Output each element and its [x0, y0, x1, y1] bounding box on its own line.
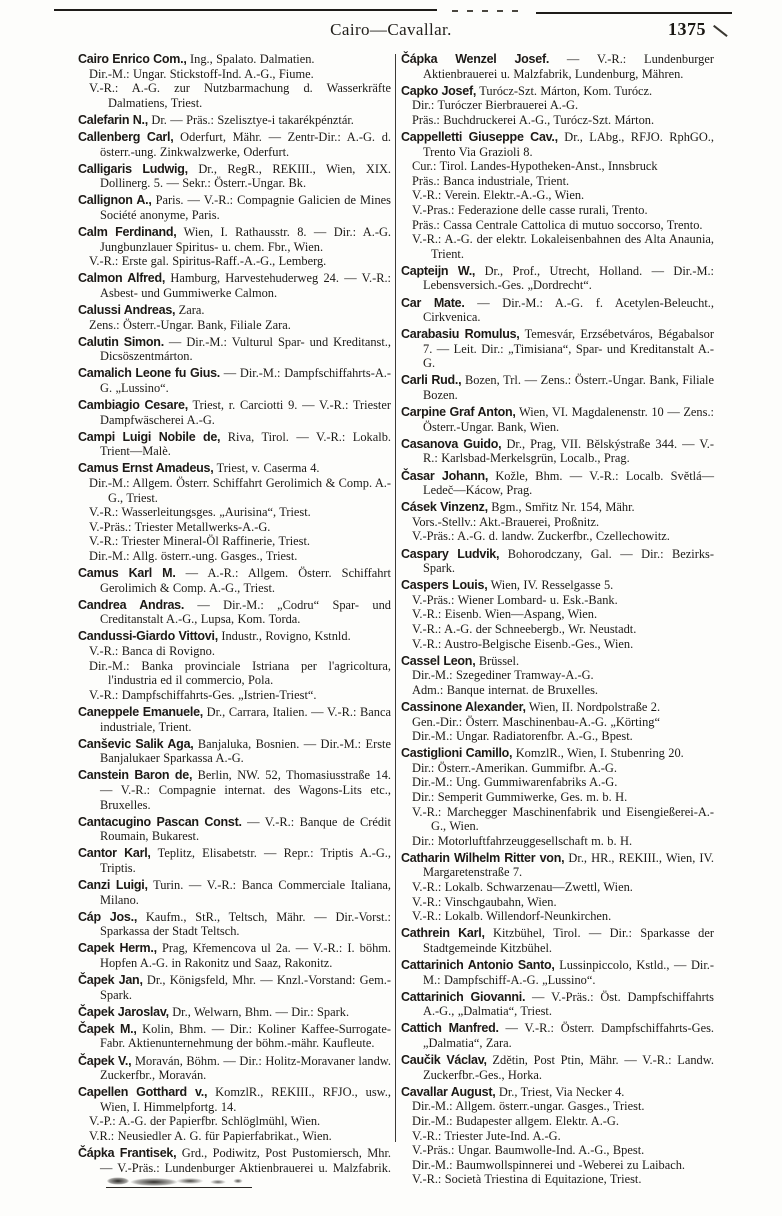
- directory-entry: Canstein Baron de, Berlin, NW. 52, Thoma…: [78, 768, 391, 812]
- entry-head: Cantacugino Pascan Const. — V.-R.: Banqu…: [78, 815, 391, 844]
- entry-mandate-line: Dir.-M.: Budapester allgem. Elektr. A.-G…: [401, 1114, 714, 1129]
- directory-entry: Castiglioni Camillo, KomzlR., Wien, I. S…: [401, 746, 714, 848]
- entry-head: Cantor Karl, Teplitz, Elisabetstr. — Rep…: [78, 846, 391, 875]
- entry-mandate-line: V.-R.: Banca di Rovigno.: [78, 644, 391, 659]
- entry-mandate-line: Dir.: Semperit Gummiwerke, Ges. m. b. H.: [401, 790, 714, 805]
- entry-mandate-line: Zens.: Österr.-Ungar. Bank, Filiale Zara…: [78, 318, 391, 333]
- entry-name: Cassinone Alexander,: [401, 700, 526, 714]
- entry-head: Časar Johann, Kožle, Bhm. — V.-R.: Local…: [401, 469, 714, 498]
- entry-head: Candussi-Giardo Vittovi, Industr., Rovig…: [78, 629, 391, 644]
- directory-entry: Caspers Louis, Wien, IV. Resselgasse 5.V…: [401, 578, 714, 651]
- entry-head: Camalich Leone fu Gius. — Dir.-M.: Dampf…: [78, 366, 391, 395]
- entry-head: Canševic Salik Aga, Banjaluka, Bosnien. …: [78, 737, 391, 766]
- directory-entry: Calm Ferdinand, Wien, I. Rathausstr. 8. …: [78, 225, 391, 269]
- entry-mandate-line: V.-R.: Wasserleitungsges. „Aurisina“, Tr…: [78, 505, 391, 520]
- entry-name: Callignon A.,: [78, 193, 152, 207]
- entry-mandate-line: Dir.-M.: Allg. österr.-ung. Gasges., Tri…: [78, 549, 391, 564]
- entry-head: Capko Josef, Turócz-Szt. Márton, Kom. Tu…: [401, 84, 714, 99]
- entry-mandate-line: V.-R.: Dampfschiffahrts-Ges. „Istrien-Tr…: [78, 688, 391, 703]
- entry-name: Casanova Guido,: [401, 437, 501, 451]
- entry-name: Čapek M.,: [78, 1022, 137, 1036]
- entry-name: Candrea Andras.: [78, 598, 184, 612]
- entry-head: Cattarinich Antonio Santo, Lussinpiccolo…: [401, 958, 714, 987]
- entry-name: Cambiagio Cesare,: [78, 398, 188, 412]
- entry-name: Cavallar August,: [401, 1085, 495, 1099]
- entry-head: Calutin Simon. — Dir.-M.: Vulturul Spar-…: [78, 335, 391, 364]
- entry-mandate-line: V.-R.: A.-G. zur Nutzbarmachung d. Wasse…: [78, 81, 391, 110]
- page-number: 1375: [668, 19, 706, 40]
- directory-entry: Callignon A., Paris. — V.-R.: Compagnie …: [78, 193, 391, 222]
- entry-mandate-line: Dir.-M.: Szegediner Tramway-A.-G.: [401, 668, 714, 683]
- entry-head: Canzi Luigi, Turin. — V.-R.: Banca Comme…: [78, 878, 391, 907]
- directory-entry: Cantor Karl, Teplitz, Elisabetstr. — Rep…: [78, 846, 391, 875]
- entry-name: Cassel Leon,: [401, 654, 475, 668]
- entry-head: Calm Ferdinand, Wien, I. Rathausstr. 8. …: [78, 225, 391, 254]
- entry-name: Calmon Alfred,: [78, 271, 165, 285]
- entry-mandate-line: V.-R.: Società Triestina di Equitazione,…: [401, 1172, 714, 1187]
- entry-head: Caneppele Emanuele, Dr., Carrara, Italie…: [78, 705, 391, 734]
- entry-mandate-line: V.R.: Neusiedler A. G. für Papierfabrika…: [78, 1129, 391, 1144]
- directory-entry: Časar Johann, Kožle, Bhm. — V.-R.: Local…: [401, 469, 714, 498]
- entry-mandate-line: Dir.-M.: Baumwollspinnerei und -Weberei …: [401, 1158, 714, 1173]
- directory-entry: Cassinone Alexander, Wien, II. Nordpolst…: [401, 700, 714, 744]
- entry-head: Capek Herm., Prag, Křemencova ul 2a. — V…: [78, 941, 391, 970]
- entry-name: Čápka Wenzel Josef.: [401, 52, 549, 66]
- entry-name: Caneppele Emanuele,: [78, 705, 203, 719]
- entry-head: Čapek Jaroslav, Dr., Welwarn, Bhm. — Dir…: [78, 1005, 391, 1020]
- directory-entry: Cambiagio Cesare, Triest, r. Carciotti 9…: [78, 398, 391, 427]
- entry-mandate-line: V.-Präs.: Wiener Lombard- u. Esk.-Bank.: [401, 593, 714, 608]
- directory-entry: Cattarinich Antonio Santo, Lussinpiccolo…: [401, 958, 714, 987]
- directory-entry: Calefarin N., Dr. — Präs.: Szelisztye-i …: [78, 113, 391, 128]
- entry-name: Cásek Vinzenz,: [401, 500, 488, 514]
- entry-name: Camus Ernst Amadeus,: [78, 461, 213, 475]
- entry-head: Calmon Alfred, Hamburg, Harvestehuderweg…: [78, 271, 391, 300]
- entry-mandate-line: V.-R.: Vinschgaubahn, Wien.: [401, 895, 714, 910]
- entry-head: Caspers Louis, Wien, IV. Resselgasse 5.: [401, 578, 714, 593]
- directory-entry: Cáp Jos., Kaufm., StR., Teltsch, Mähr. —…: [78, 910, 391, 939]
- column-left: Cairo Enrico Com., Ing., Spalato. Dalmat…: [78, 52, 391, 1192]
- entry-name: Carli Rud.,: [401, 373, 461, 387]
- entry-mandate-line: V.-R.: Marchegger Maschinenfabrik und Ei…: [401, 805, 714, 834]
- scanned-page: Cairo—Cavallar. 1375 Cairo Enrico Com., …: [0, 0, 782, 1216]
- entry-head: Cásek Vinzenz, Bgm., Smřitz Nr. 154, Mäh…: [401, 500, 714, 515]
- directory-entry: Cappelletti Giuseppe Cav., Dr., LAbg., R…: [401, 130, 714, 261]
- directory-entry: Cathrein Karl, Kitzbühel, Tirol. — Dir.:…: [401, 926, 714, 955]
- entry-mandate-line: V.-Präs.: A.-G. d. landw. Zuckerfbr., Cz…: [401, 529, 714, 544]
- entry-head: Callenberg Carl, Oderfurt, Mähr. — Zentr…: [78, 130, 391, 159]
- entry-mandate-line: Vors.-Stellv.: Akt.-Brauerei, Proßnitz.: [401, 515, 714, 530]
- directory-entry: Calmon Alfred, Hamburg, Harvestehuderweg…: [78, 271, 391, 300]
- entry-mandate-line: Dir.-M.: Ungar. Radiatorenfbr. A.-G., Bp…: [401, 729, 714, 744]
- directory-entry: Cásek Vinzenz, Bgm., Smřitz Nr. 154, Mäh…: [401, 500, 714, 544]
- entry-head: Cáp Jos., Kaufm., StR., Teltsch, Mähr. —…: [78, 910, 391, 939]
- top-rule-dashes: [452, 10, 526, 12]
- directory-entry: Čapek Jaroslav, Dr., Welwarn, Bhm. — Dir…: [78, 1005, 391, 1020]
- entry-mandate-line: V.-R.: Eisenb. Wien—Aspang, Wien.: [401, 607, 714, 622]
- entry-mandate-line: Präs.: Buchdruckerei A.-G., Turócz-Szt. …: [401, 113, 714, 128]
- directory-entry: Callenberg Carl, Oderfurt, Mähr. — Zentr…: [78, 130, 391, 159]
- entry-mandate-line: V.-R.: Lokalb. Schwarzenau—Zwettl, Wien.: [401, 880, 714, 895]
- directory-entry: Capko Josef, Turócz-Szt. Márton, Kom. Tu…: [401, 84, 714, 128]
- entry-name: Calligaris Ludwig,: [78, 162, 188, 176]
- entry-name: Camalich Leone fu Gius.: [78, 366, 220, 380]
- entry-name: Capellen Gotthard v.,: [78, 1085, 207, 1099]
- directory-entry: Candussi-Giardo Vittovi, Industr., Rovig…: [78, 629, 391, 702]
- entry-head: Cattarinich Giovanni. — V.-Präs.: Öst. D…: [401, 990, 714, 1019]
- entry-mandate-line: V.-R.: Triester Jute-Ind. A.-G.: [401, 1129, 714, 1144]
- entry-name: Čapek Jaroslav,: [78, 1005, 169, 1019]
- entry-mandate-line: Adm.: Banque internat. de Bruxelles.: [401, 683, 714, 698]
- entry-name: Castiglioni Camillo,: [401, 746, 512, 760]
- entry-head: Caspary Ludvik, Bohorodczany, Gal. — Dir…: [401, 547, 714, 576]
- directory-entry: Calligaris Ludwig, Dr., RegR., REKIII., …: [78, 162, 391, 191]
- entry-name: Carabasiu Romulus,: [401, 327, 520, 341]
- entry-mandate-line: Dir.-M.: Allgem. österr.-ungar. Gasges.,…: [401, 1099, 714, 1114]
- entry-head: Carli Rud., Bozen, Trl. — Zens.: Österr.…: [401, 373, 714, 402]
- entry-name: Carpine Graf Anton,: [401, 405, 516, 419]
- entry-head: Capellen Gotthard v., KomzlR., REKIII., …: [78, 1085, 391, 1114]
- directory-entry: Čapek Jan, Dr., Königsfeld, Mhr. — Knzl.…: [78, 973, 391, 1002]
- entry-head: Čápka Frantisek, Grd., Podiwitz, Post Pu…: [78, 1146, 391, 1190]
- directory-entry: Caučik Václav, Zdětin, Post Ptin, Mähr. …: [401, 1053, 714, 1082]
- entry-mandate-line: Dir.-M.: Ung. Gummiwarenfabriks A.-G.: [401, 775, 714, 790]
- entry-name: Čápka Frantisek,: [78, 1146, 176, 1160]
- entry-mandate-line: V.-P.: A.-G. der Papierfbr. Schlöglmühl,…: [78, 1114, 391, 1129]
- entry-head: Cavallar August, Dr., Triest, Via Necker…: [401, 1085, 714, 1100]
- directory-entry: Camalich Leone fu Gius. — Dir.-M.: Dampf…: [78, 366, 391, 395]
- directory-entry: Caneppele Emanuele, Dr., Carrara, Italie…: [78, 705, 391, 734]
- directory-entry: Caspary Ludvik, Bohorodczany, Gal. — Dir…: [401, 547, 714, 576]
- entry-head: Cambiagio Cesare, Triest, r. Carciotti 9…: [78, 398, 391, 427]
- entry-name: Catharin Wilhelm Ritter von,: [401, 851, 564, 865]
- directory-entry: Camus Ernst Amadeus, Triest, v. Caserma …: [78, 461, 391, 563]
- entry-head: Calefarin N., Dr. — Präs.: Szelisztye-i …: [78, 113, 391, 128]
- directory-entry: Čapek M., Kolin, Bhm. — Dir.: Koliner Ka…: [78, 1022, 391, 1051]
- directory-entry: Calussi Andreas, Zara.Zens.: Österr.-Ung…: [78, 303, 391, 332]
- ink-smudge: [106, 1176, 252, 1188]
- entry-mandate-line: V.-Präs.: Triester Metallwerks-A.-G.: [78, 520, 391, 535]
- entry-name: Cáp Jos.,: [78, 910, 137, 924]
- entry-name: Čapek Jan,: [78, 973, 143, 987]
- entry-name: Candussi-Giardo Vittovi,: [78, 629, 218, 643]
- entry-mandate-line: Dir.-M.: Ungar. Stickstoff-Ind. A.-G., F…: [78, 67, 391, 82]
- entry-mandate-line: Cur.: Tirol. Landes-Hypotheken-Anst., In…: [401, 159, 714, 174]
- directory-entry: Campi Luigi Nobile de, Riva, Tirol. — V.…: [78, 430, 391, 459]
- entry-name: Canstein Baron de,: [78, 768, 192, 782]
- entry-head: Čapek V., Moraván, Böhm. — Dir.: Holitz-…: [78, 1054, 391, 1083]
- entry-mandate-line: Präs.: Banca industriale, Trient.: [401, 174, 714, 189]
- entry-head: Catharin Wilhelm Ritter von, Dr., HR., R…: [401, 851, 714, 880]
- entry-mandate-line: V.-R.: Lokalb. Willendorf-Neunkirchen.: [401, 909, 714, 924]
- entry-mandate-line: V.-R.: Austro-Belgische Eisenb.-Ges., Wi…: [401, 637, 714, 652]
- entry-name: Cathrein Karl,: [401, 926, 485, 940]
- entry-head: Carabasiu Romulus, Temesvár, Erzsébetvár…: [401, 327, 714, 371]
- entry-mandate-line: V.-R.: A.-G. der elektr. Lokaleisenbahne…: [401, 232, 714, 261]
- entry-head: Campi Luigi Nobile de, Riva, Tirol. — V.…: [78, 430, 391, 459]
- entry-head: Camus Ernst Amadeus, Triest, v. Caserma …: [78, 461, 391, 476]
- entry-name: Caspers Louis,: [401, 578, 487, 592]
- entry-name: Campi Luigi Nobile de,: [78, 430, 220, 444]
- directory-columns: Cairo Enrico Com., Ing., Spalato. Dalmat…: [78, 52, 714, 1192]
- entry-name: Čapek V.,: [78, 1054, 131, 1068]
- entry-head: Čapek Jan, Dr., Königsfeld, Mhr. — Knzl.…: [78, 973, 391, 1002]
- entry-name: Calm Ferdinand,: [78, 225, 176, 239]
- entry-name: Cattich Manfred.: [401, 1021, 499, 1035]
- directory-entry: Candrea Andras. — Dir.-M.: „Codru“ Spar-…: [78, 598, 391, 627]
- entry-head: Canstein Baron de, Berlin, NW. 52, Thoma…: [78, 768, 391, 812]
- entry-name: Cantor Karl,: [78, 846, 151, 860]
- directory-entry: Čapek V., Moraván, Böhm. — Dir.: Holitz-…: [78, 1054, 391, 1083]
- entry-head: Cassel Leon, Brüssel.: [401, 654, 714, 669]
- entry-mandate-line: Dir.: Motorluftfahrzeuggesellschaft m. b…: [401, 834, 714, 849]
- entry-head: Casanova Guido, Dr., Prag, VII. Bělskýst…: [401, 437, 714, 466]
- entry-mandate-line: Dir.: Turóczer Bierbrauerei A.-G.: [401, 98, 714, 113]
- entry-name: Callenberg Carl,: [78, 130, 173, 144]
- entry-mandate-line: V.-R.: Triester Mineral-Öl Raffinerie, T…: [78, 534, 391, 549]
- entry-head: Cattich Manfred. — V.-R.: Österr. Dampfs…: [401, 1021, 714, 1050]
- entry-head: Car Mate. — Dir.-M.: A.-G. f. Acetylen-B…: [401, 296, 714, 325]
- directory-entry: Cattarinich Giovanni. — V.-Präs.: Öst. D…: [401, 990, 714, 1019]
- entry-head: Čápka Wenzel Josef. — V.-R.: Lundenburge…: [401, 52, 714, 81]
- entry-name: Capteijn W.,: [401, 264, 475, 278]
- entry-mandate-line: Dir.: Österr.-Amerikan. Gummifbr. A.-G.: [401, 761, 714, 776]
- page-header-title: Cairo—Cavallar.: [0, 20, 782, 40]
- directory-entry: Cairo Enrico Com., Ing., Spalato. Dalmat…: [78, 52, 391, 110]
- entry-mandate-line: Dir.-M.: Allgem. Österr. Schiffahrt Gero…: [78, 476, 391, 505]
- directory-entry: Čápka Frantisek, Grd., Podiwitz, Post Pu…: [78, 1146, 391, 1190]
- directory-entry: Camus Karl M. — A.-R.: Allgem. Österr. S…: [78, 566, 391, 595]
- entry-name: Cantacugino Pascan Const.: [78, 815, 242, 829]
- entry-head: Caučik Václav, Zdětin, Post Ptin, Mähr. …: [401, 1053, 714, 1082]
- top-rule-segment: [536, 12, 732, 14]
- top-rule-segment: [54, 9, 437, 11]
- entry-head: Cappelletti Giuseppe Cav., Dr., LAbg., R…: [401, 130, 714, 159]
- entry-mandate-line: V.-Pras.: Federazione delle casse rurali…: [401, 203, 714, 218]
- entry-head: Čapek M., Kolin, Bhm. — Dir.: Koliner Ka…: [78, 1022, 391, 1051]
- directory-entry: Canševic Salik Aga, Banjaluka, Bosnien. …: [78, 737, 391, 766]
- directory-entry: Calutin Simon. — Dir.-M.: Vulturul Spar-…: [78, 335, 391, 364]
- directory-entry: Capek Herm., Prag, Křemencova ul 2a. — V…: [78, 941, 391, 970]
- entry-head: Calligaris Ludwig, Dr., RegR., REKIII., …: [78, 162, 391, 191]
- entry-name: Car Mate.: [401, 296, 465, 310]
- directory-entry: Cattich Manfred. — V.-R.: Österr. Dampfs…: [401, 1021, 714, 1050]
- entry-head: Candrea Andras. — Dir.-M.: „Codru“ Spar-…: [78, 598, 391, 627]
- entry-head: Calussi Andreas, Zara.: [78, 303, 391, 318]
- entry-head: Carpine Graf Anton, Wien, VI. Magdalenen…: [401, 405, 714, 434]
- directory-entry: Catharin Wilhelm Ritter von, Dr., HR., R…: [401, 851, 714, 924]
- entry-name: Capek Herm.,: [78, 941, 157, 955]
- entry-mandate-line: V.-R.: Verein. Elektr.-A.-G., Wien.: [401, 188, 714, 203]
- entry-name: Canzi Luigi,: [78, 878, 148, 892]
- column-divider: [395, 54, 396, 1142]
- directory-entry: Canzi Luigi, Turin. — V.-R.: Banca Comme…: [78, 878, 391, 907]
- directory-entry: Čápka Wenzel Josef. — V.-R.: Lundenburge…: [401, 52, 714, 81]
- entry-mandate-line: Dir.-M.: Banka provinciale Istriana per …: [78, 659, 391, 688]
- directory-entry: Capellen Gotthard v., KomzlR., REKIII., …: [78, 1085, 391, 1143]
- entry-mandate-line: V.-R.: A.-G. der Schneebergb., Wr. Neust…: [401, 622, 714, 637]
- entry-name: Calefarin N.,: [78, 113, 148, 127]
- entry-head: Cassinone Alexander, Wien, II. Nordpolst…: [401, 700, 714, 715]
- entry-name: Calutin Simon.: [78, 335, 164, 349]
- entry-head: Cairo Enrico Com., Ing., Spalato. Dalmat…: [78, 52, 391, 67]
- entry-head: Cathrein Karl, Kitzbühel, Tirol. — Dir.:…: [401, 926, 714, 955]
- entry-name: Canševic Salik Aga,: [78, 737, 194, 751]
- entry-mandate-line: V.-Präs.: Ungar. Baumwolle-Ind. A.-G., B…: [401, 1143, 714, 1158]
- entry-mandate-line: Präs.: Cassa Centrale Cattolica di mutuo…: [401, 218, 714, 233]
- directory-entry: Car Mate. — Dir.-M.: A.-G. f. Acetylen-B…: [401, 296, 714, 325]
- directory-entry: Carabasiu Romulus, Temesvár, Erzsébetvár…: [401, 327, 714, 371]
- entry-name: Cairo Enrico Com.,: [78, 52, 187, 66]
- entry-name: Caspary Ludvik,: [401, 547, 499, 561]
- directory-entry: Capteijn W., Dr., Prof., Utrecht, Hollan…: [401, 264, 714, 293]
- column-right: Čápka Wenzel Josef. — V.-R.: Lundenburge…: [401, 52, 714, 1189]
- directory-entry: Cantacugino Pascan Const. — V.-R.: Banqu…: [78, 815, 391, 844]
- entry-name: Časar Johann,: [401, 469, 488, 483]
- entry-mandate-line: Gen.-Dir.: Österr. Maschinenbau-A.-G. „K…: [401, 715, 714, 730]
- entry-name: Caučik Václav,: [401, 1053, 487, 1067]
- entry-head: Callignon A., Paris. — V.-R.: Compagnie …: [78, 193, 391, 222]
- directory-entry: Cavallar August, Dr., Triest, Via Necker…: [401, 1085, 714, 1187]
- entry-name: Capko Josef,: [401, 84, 476, 98]
- directory-entry: Carli Rud., Bozen, Trl. — Zens.: Österr.…: [401, 373, 714, 402]
- entry-name: Cappelletti Giuseppe Cav.,: [401, 130, 558, 144]
- entry-head: Castiglioni Camillo, KomzlR., Wien, I. S…: [401, 746, 714, 761]
- entry-name: Calussi Andreas,: [78, 303, 175, 317]
- directory-entry: Cassel Leon, Brüssel.Dir.-M.: Szegediner…: [401, 654, 714, 698]
- entry-mandate-line: V.-R.: Erste gal. Spiritus-Raff.-A.-G., …: [78, 254, 391, 269]
- directory-entry: Casanova Guido, Dr., Prag, VII. Bělskýst…: [401, 437, 714, 466]
- entry-name: Cattarinich Giovanni.: [401, 990, 525, 1004]
- directory-entry: Carpine Graf Anton, Wien, VI. Magdalenen…: [401, 405, 714, 434]
- entry-name: Camus Karl M.: [78, 566, 176, 580]
- entry-name: Cattarinich Antonio Santo,: [401, 958, 555, 972]
- entry-head: Capteijn W., Dr., Prof., Utrecht, Hollan…: [401, 264, 714, 293]
- entry-head: Camus Karl M. — A.-R.: Allgem. Österr. S…: [78, 566, 391, 595]
